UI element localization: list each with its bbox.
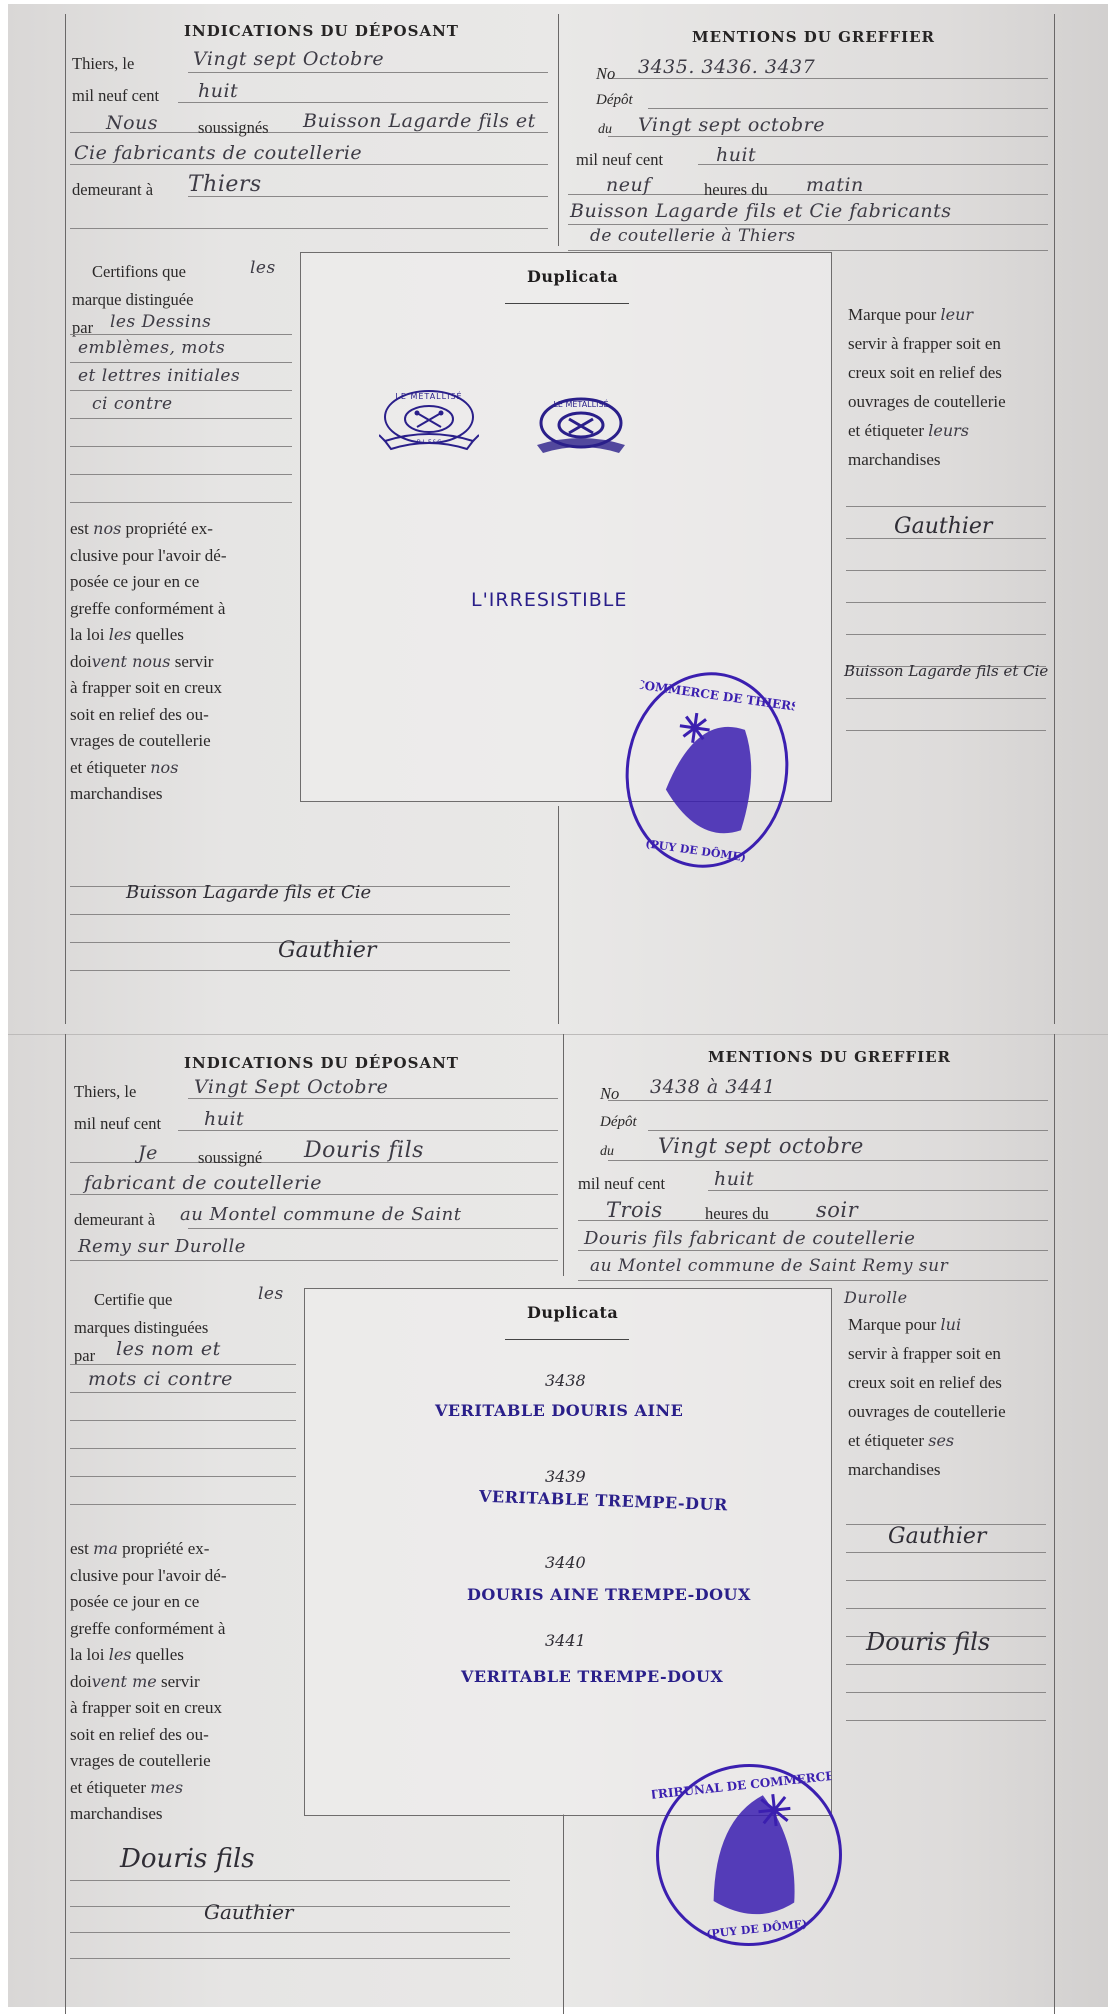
registrant-line2-2: au Montel commune de Saint Remy sur (590, 1256, 948, 1276)
registration-entry-2: INDICATIONS DU DÉPOSANT MENTIONS DU GREF… (8, 1034, 1108, 2011)
depot-date-2: Vingt sept octobre (658, 1134, 864, 1158)
certify-label: Certifions que (92, 262, 186, 282)
mark-irresistible: L'IRRESISTIBLE (471, 589, 627, 611)
svg-text:(PUY DE DÔME): (PUY DE DÔME) (706, 1916, 808, 1941)
depositor-profession: Cie fabricants de coutellerie (74, 142, 362, 164)
svg-text:(PUY DE DÔME): (PUY DE DÔME) (645, 836, 747, 864)
pronoun-value: Nous (106, 112, 158, 134)
undersigned-label: soussignés (198, 118, 269, 138)
undersigned-label-2: soussigné (198, 1148, 262, 1168)
greffier-heading: MENTIONS DU GREFFIER (692, 28, 935, 46)
depot-label: Dépôt (596, 92, 633, 109)
registration-entry-1: INDICATIONS DU DÉPOSANT MENTIONS DU GREF… (8, 14, 1108, 1034)
le-metallise-emblem-icon-2: LE METALLISÉ (531, 393, 631, 463)
year-value: huit (198, 80, 238, 102)
svg-text:LE METALLISÉ: LE METALLISÉ (395, 390, 462, 401)
depositor-name-2: Douris fils (304, 1138, 424, 1163)
depot-year-2: huit (714, 1168, 754, 1190)
pronoun-value-2: Je (138, 1142, 158, 1164)
mark-number-3438: 3438 (545, 1371, 586, 1390)
svg-text:COMMERCE DE THIERS: COMMERCE DE THIERS (634, 677, 797, 714)
residence-value: Thiers (188, 172, 262, 197)
certify-value: les (250, 258, 276, 278)
certify-label-2: Certifie que (94, 1290, 172, 1310)
depositor-signature: Buisson Lagarde fils et Cie (126, 882, 371, 903)
year-value-2: huit (204, 1108, 244, 1130)
greffier-signature: Gauthier (894, 514, 992, 539)
depot-year-label-2: mil neuf cent (578, 1174, 665, 1194)
mark-veritable-trempe-dur: VERITABLE TREMPE-DUR (479, 1487, 728, 1515)
par-label-2: par (74, 1346, 95, 1366)
time-of-day: matin (806, 174, 864, 196)
par-value-2: les nom et (116, 1338, 221, 1360)
mark-distinguished-label: marque distinguée (72, 290, 193, 310)
residence-value-2b: Remy sur Durolle (78, 1236, 246, 1257)
registrant-line2: de coutellerie à Thiers (590, 226, 796, 246)
depot-hour: neuf (606, 174, 651, 196)
depositor-signature-right: Buisson Lagarde fils et Cie (844, 662, 1048, 680)
depositor-name: Buisson Lagarde fils et (303, 110, 536, 132)
clerk-signature-2: Gauthier (204, 1900, 294, 1924)
mark-veritable-trempe-doux: VERITABLE TREMPE-DOUX (461, 1667, 723, 1686)
depositor-signature-2: Douris fils (120, 1844, 255, 1874)
certify-line5: et lettres initiales (78, 366, 240, 386)
residence-value-2: au Montel commune de Saint (180, 1204, 461, 1225)
certify-line6: ci contre (92, 394, 173, 414)
column-divider (558, 14, 559, 246)
property-clause-2: est ma propriété ex- clusive pour l'avoi… (70, 1536, 298, 1828)
svg-text:TRIBUNAL DE COMMERCE: TRIBUNAL DE COMMERCE (650, 1769, 835, 1802)
du-label-2: du (600, 1144, 614, 1160)
right-margin-rule (1054, 14, 1055, 1024)
greffier-mark-clause-2: Marque pour lui servir à frapper soit en… (848, 1310, 1048, 1484)
greffier-heading-2: MENTIONS DU GREFFIER (708, 1048, 951, 1066)
registration-numbers-2: 3438 à 3441 (650, 1076, 776, 1098)
date-label: Thiers, le (72, 54, 134, 74)
du-label: du (598, 122, 612, 138)
mark-veritable-douris-aine: VERITABLE DOURIS AINE (435, 1401, 683, 1420)
deposant-heading-2: INDICATIONS DU DÉPOSANT (184, 1054, 459, 1072)
number-label-2: No (600, 1084, 619, 1104)
par-value: les Dessins (110, 312, 211, 332)
duplicata-label: Duplicata (527, 267, 618, 286)
svg-text:B.L.F.&C: B.L.F.&C (417, 439, 442, 446)
certify-value-2: les (258, 1284, 284, 1304)
mark-distinguished-label-2: marques distinguées (74, 1318, 208, 1338)
registrant-line1-2: Douris fils fabricant de coutellerie (584, 1228, 915, 1249)
depot-year-label: mil neuf cent (576, 150, 663, 170)
depot-year: huit (716, 144, 756, 166)
tribunal-seal-icon: COMMERCE DE THIERS (PUY DE DÔME) (613, 662, 801, 879)
left-margin-rule (65, 14, 66, 1024)
clerk-signature: Gauthier (278, 938, 376, 963)
residence-label-2: demeurant à (74, 1210, 155, 1230)
property-clause: est nos propriété ex- clusive pour l'avo… (70, 516, 294, 808)
tribunal-seal-icon-2: TRIBUNAL DE COMMERCE (PUY DE DÔME) (647, 1755, 851, 1955)
depositor-signature-right-2: Douris fils (866, 1628, 990, 1656)
number-label: No (596, 64, 615, 84)
registration-numbers: 3435. 3436. 3437 (638, 56, 815, 78)
par-label: par (72, 318, 93, 338)
hours-label: heures du (704, 180, 768, 200)
year-label-2: mil neuf cent (74, 1114, 161, 1134)
certify-line4-2: mots ci contre (88, 1368, 233, 1390)
depot-label-2: Dépôt (600, 1114, 637, 1131)
hours-label-2: heures du (705, 1204, 769, 1224)
greffier-mark-clause: Marque pour leur servir à frapper soit e… (848, 300, 1048, 474)
duplicata-label-2: Duplicata (527, 1303, 618, 1322)
mark-number-3441: 3441 (545, 1631, 586, 1650)
date-value: Vingt sept Octobre (193, 48, 384, 70)
depot-date: Vingt sept octobre (638, 114, 825, 136)
depositor-profession-2: fabricant de coutellerie (84, 1172, 322, 1194)
registrant-line3-2: Durolle (844, 1288, 908, 1307)
mark-number-3439: 3439 (545, 1467, 586, 1486)
registrant-line1: Buisson Lagarde fils et Cie fabricants (570, 200, 952, 222)
deposant-heading: INDICATIONS DU DÉPOSANT (184, 22, 459, 40)
column-divider-lower (558, 806, 559, 1024)
residence-label: demeurant à (72, 180, 153, 200)
le-metallise-emblem-icon: LE METALLISÉ B.L.F.&C (379, 383, 479, 463)
date-value-2: Vingt Sept Octobre (194, 1076, 388, 1098)
svg-text:LE METALLISÉ: LE METALLISÉ (553, 398, 608, 409)
year-label: mil neuf cent (72, 86, 159, 106)
certify-line4: emblèmes, mots (78, 338, 225, 358)
depot-hour-2: Trois (606, 1198, 663, 1222)
greffier-signature-2: Gauthier (888, 1524, 986, 1549)
mark-number-3440: 3440 (545, 1553, 586, 1572)
document-page: INDICATIONS DU DÉPOSANT MENTIONS DU GREF… (8, 4, 1108, 2007)
date-label-2: Thiers, le (74, 1082, 136, 1102)
mark-douris-aine-trempe-doux: DOURIS AINE TREMPE-DOUX (467, 1585, 751, 1604)
duplicata-box-2: Duplicata 3438 VERITABLE DOURIS AINE 343… (304, 1288, 832, 1816)
time-of-day-2: soir (816, 1198, 858, 1222)
